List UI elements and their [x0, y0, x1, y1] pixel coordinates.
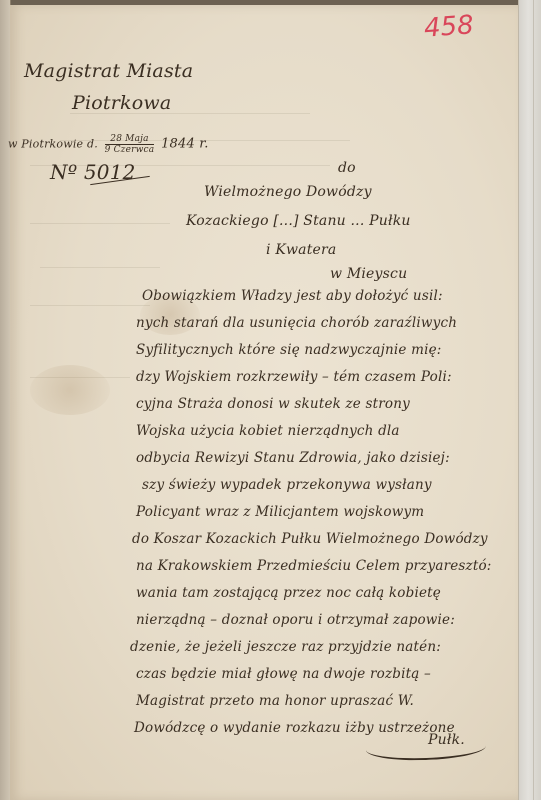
- folio-number: 458: [423, 10, 475, 43]
- body-line: odbycia Rewizyi Stanu Zdrowia, jako dzis…: [136, 450, 450, 466]
- bleed-through-line: [40, 267, 160, 268]
- body-line: dzy Wojskiem rozkrzewiły – tém czasem Po…: [136, 369, 452, 385]
- body-line: Wojska użycia kobiet nierządnych dla: [136, 423, 400, 439]
- body-line: Policyant wraz z Milicjantem wojskowym: [136, 504, 424, 520]
- address-line-4: w Mieyscu: [330, 266, 407, 282]
- body-line: wania tam zostającą przez noc całą kobie…: [136, 585, 441, 601]
- body-line: nierządną – doznał oporu i otrzymał zapo…: [136, 612, 455, 628]
- issuer-line-2: Piotrkowa: [72, 92, 171, 114]
- address-line-2: Kozackiego [...] Stanu ... Pułku: [186, 213, 411, 229]
- dual-date: 28 Maja 9 Czerwca: [105, 134, 155, 155]
- body-line: Dowódzcę o wydanie rozkazu iżby ustrzeżo…: [134, 720, 455, 736]
- bleed-through-line: [30, 305, 150, 306]
- body-line: cyjna Straża donosi w skutek ze strony: [136, 396, 410, 412]
- body-line: na Krakowskiem Przedmieściu Celem przyar…: [136, 558, 492, 574]
- body-line: do Koszar Kozackich Pułku Wielmożnego Do…: [132, 531, 488, 547]
- address-line-3: i Kwatera: [266, 242, 336, 258]
- issuer-line-1: Magistrat Miasta: [24, 60, 193, 82]
- body-line: czas będzie miał głowę na dwoje rozbitą …: [136, 666, 431, 682]
- address-to: do: [338, 160, 356, 176]
- paper-stain: [30, 365, 110, 415]
- address-line-1: Wielmożnego Dowódzy: [204, 184, 372, 200]
- body-line: szy świeży wypadek przekonywa wysłany: [142, 477, 432, 493]
- body-line: nych starań dla usunięcia chorób zaraźli…: [136, 315, 457, 331]
- body-line: Obowiązkiem Władzy jest aby dołożyć usil…: [142, 288, 443, 304]
- place-prefix: w Piotrkowie d.: [8, 138, 98, 151]
- bleed-through-line: [30, 223, 170, 224]
- body-line: Syfilitycznych które się nadzwyczajnie m…: [136, 342, 442, 358]
- body-line: Magistrat przeto ma honor upraszać W.: [136, 693, 414, 709]
- page-stack-edge-right: [518, 0, 541, 800]
- body-line: dzenie, że jeżeli jeszcze raz przyjdzie …: [130, 639, 441, 655]
- date-year: 1844 r.: [161, 137, 209, 152]
- place-date-line: w Piotrkowie d. 28 Maja 9 Czerwca 1844 r…: [8, 134, 209, 155]
- date-old-style: 28 Maja: [105, 134, 155, 145]
- date-new-style: 9 Czerwca: [105, 145, 155, 155]
